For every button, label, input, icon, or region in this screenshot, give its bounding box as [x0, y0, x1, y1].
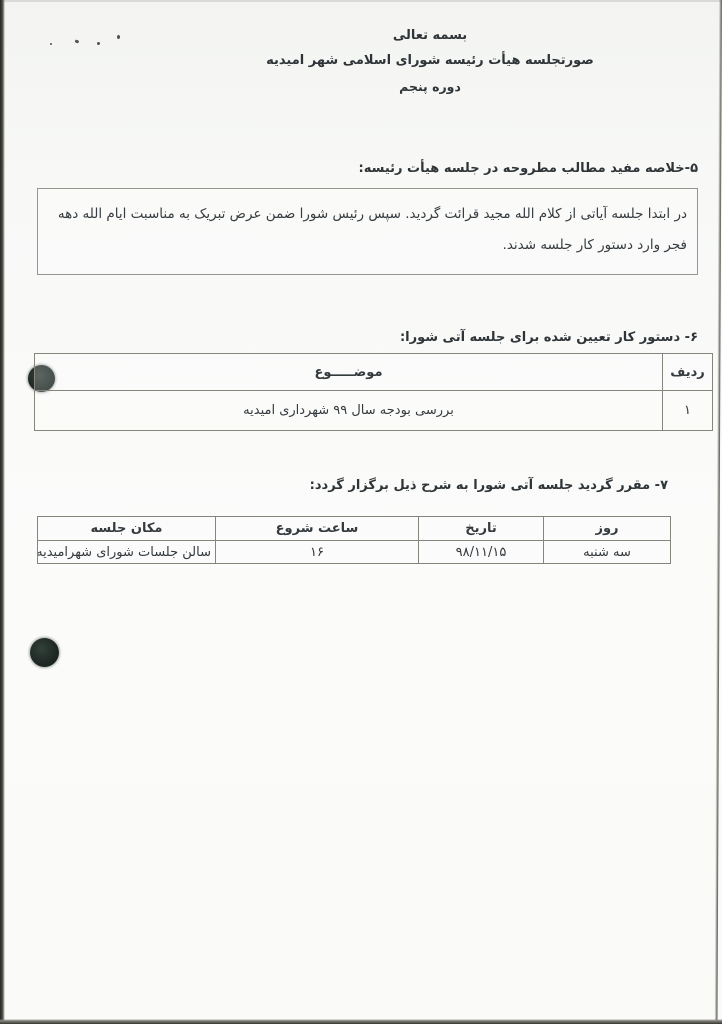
scan-speck: [117, 35, 120, 39]
scan-speck: [50, 43, 52, 45]
meeting-start-time: ۱۶: [216, 541, 419, 564]
scan-speck: [75, 39, 80, 43]
next-meeting-table: روز تاریخ ساعت شروع مکان جلسه سه شنبه ۹۸…: [37, 516, 671, 564]
meeting-col-start-time: ساعت شروع: [216, 517, 419, 541]
section7-heading: ۷- مقرر گردید جلسه آتی شورا به شرح ذیل ب…: [310, 478, 668, 493]
agenda-table-header-row: ردیف موضـــــوع: [35, 354, 713, 391]
agenda-row-index: ۱: [663, 391, 713, 431]
agenda-col-subject: موضـــــوع: [35, 354, 663, 391]
section5-heading: ۵-خلاصه مفید مطالب مطروحه در جلسه هیأت ر…: [359, 161, 698, 176]
scanned-document-page: بسمه تعالی صورتجلسه هیأت رئیسه شورای اسل…: [0, 0, 722, 1024]
meeting-col-date: تاریخ: [419, 517, 544, 541]
table-row: ۱ بررسی بودجه سال ۹۹ شهرداری امیدیه: [35, 391, 713, 431]
agenda-table: ردیف موضـــــوع ۱ بررسی بودجه سال ۹۹ شهر…: [34, 353, 713, 431]
table-row: سه شنبه ۹۸/۱۱/۱۵ ۱۶ سالن جلسات شورای شهر…: [38, 541, 671, 564]
section6-heading: ۶- دستور کار تعیین شده برای جلسه آتی شور…: [400, 330, 698, 345]
agenda-col-index: ردیف: [663, 354, 713, 391]
meeting-col-location: مکان جلسه: [38, 517, 216, 541]
meeting-day: سه شنبه: [544, 541, 671, 564]
document-title: صورتجلسه هیأت رئیسه شورای اسلامی شهر امی…: [180, 52, 680, 70]
agenda-row-subject: بررسی بودجه سال ۹۹ شهرداری امیدیه: [35, 391, 663, 431]
hole-punch-bottom: [30, 638, 59, 667]
meeting-date: ۹۸/۱۱/۱۵: [419, 541, 544, 564]
scan-edge-top: [0, 0, 722, 2]
section5-summary-text: در ابتدا جلسه آیاتی از کلام الله مجید قر…: [38, 189, 697, 261]
section5-summary-box: در ابتدا جلسه آیاتی از کلام الله مجید قر…: [37, 188, 698, 275]
scan-edge-bottom: [0, 1019, 722, 1024]
meeting-col-day: روز: [544, 517, 671, 541]
next-meeting-header-row: روز تاریخ ساعت شروع مکان جلسه: [38, 517, 671, 541]
basmala-line: بسمه تعالی: [180, 27, 680, 45]
meeting-location: سالن جلسات شورای شهرامیدیه: [38, 541, 216, 564]
term-line: دوره پنجم: [180, 78, 680, 95]
document-header: بسمه تعالی صورتجلسه هیأت رئیسه شورای اسل…: [180, 27, 680, 95]
scan-edge-right: [714, 0, 722, 1024]
scan-edge-left: [0, 0, 5, 1024]
scan-speck: [97, 42, 100, 45]
